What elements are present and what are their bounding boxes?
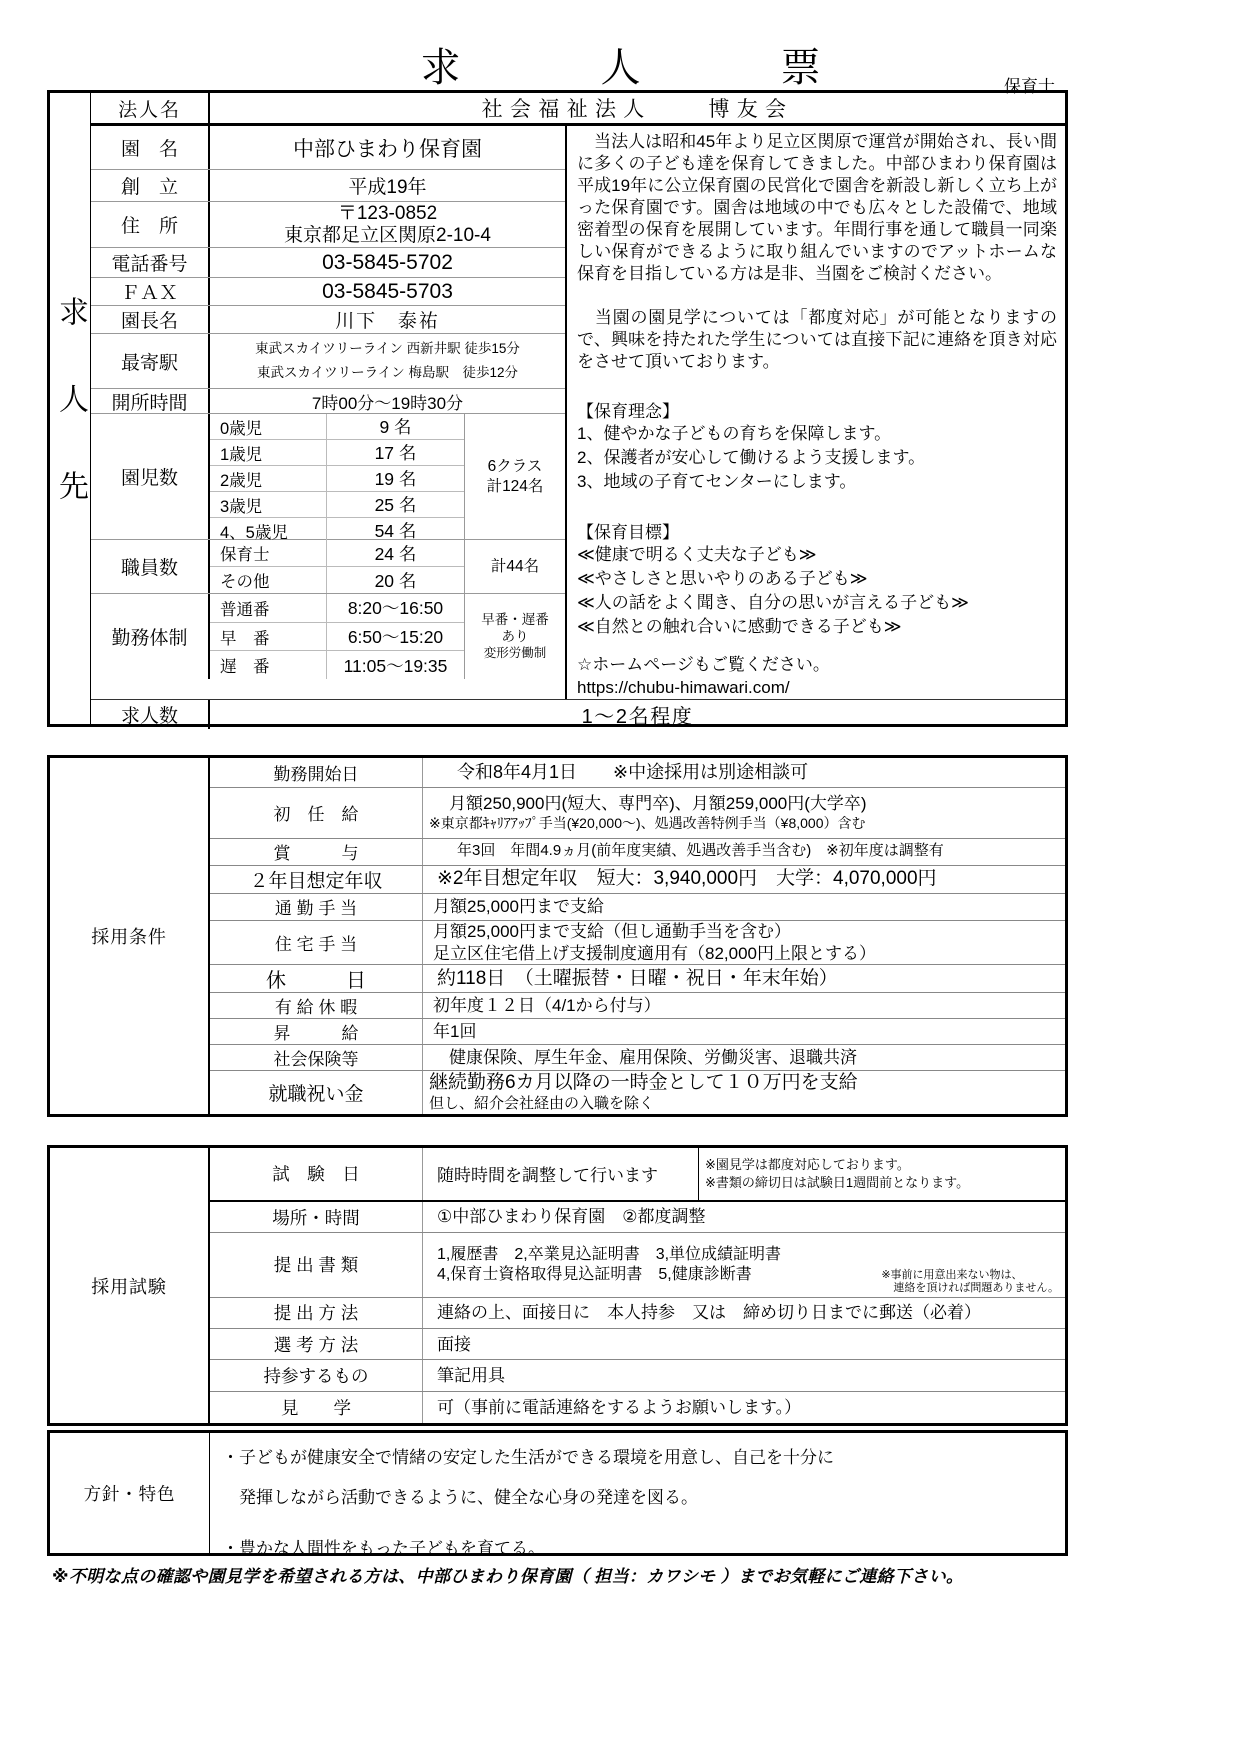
policy-line: ・子どもが健康安全で情緒の安定した生活ができる環境を用意し、自己を十分に bbox=[222, 1443, 1055, 1468]
conditions-table: 採用条件 勤務開始日 令和8年4月1日 ※中途採用は別途相談可 初 任 給 月額… bbox=[47, 755, 1068, 1117]
documents-note: ※事前に用意出来ない物は、 連絡を頂ければ問題ありません。 bbox=[881, 1269, 1059, 1295]
table-row: 通 勤 手 当 月額25,000円まで支給 bbox=[210, 894, 1065, 921]
philosophy-item: 2、保護者が安心して働けるよう支援します。 bbox=[577, 446, 1057, 470]
homepage-note: ☆ホームページもご覧ください。 bbox=[577, 653, 1057, 676]
goal-item: ≪やさしさと思いやりのある子ども≫ bbox=[577, 567, 1057, 591]
table-row: 勤務開始日 令和8年4月1日 ※中途採用は別途相談可 bbox=[210, 758, 1065, 788]
profile-paragraph-1: 当法人は昭和45年より足立区関原で運営が開始され、長い間に多くの子ども達を保育し… bbox=[577, 131, 1057, 285]
corporation-row: 法人名 社会福祉法人 博友会 bbox=[91, 93, 1065, 126]
table-row: その他 20 名 bbox=[210, 567, 464, 593]
table-row: 選 考 方 法 面接 bbox=[210, 1329, 1065, 1360]
table-row: 0歳児 9 名 bbox=[210, 414, 464, 440]
address: 〒123-0852 東京都足立区関原2-10-4 bbox=[210, 202, 565, 247]
corporation-label: 法人名 bbox=[91, 93, 210, 123]
station-line-2: 東武スカイツリーライン 梅島駅 徒歩12分 bbox=[257, 361, 518, 385]
table-row: 3歳児 25 名 bbox=[210, 492, 464, 518]
table-row: 賞 与 年3回 年間4.9ヵ月(前年度実績、処遇改善手当含む) ※初年度は調整有 bbox=[210, 839, 1065, 866]
table-row: 遅 番 11:05〜19:35 bbox=[210, 651, 464, 679]
openings-count: 1〜2名程度 bbox=[210, 700, 1065, 729]
table-row: 持参するもの 筆記用具 bbox=[210, 1360, 1065, 1391]
philosophy-title: 【保育理念】 bbox=[577, 397, 1057, 422]
open-hours: 7時00分〜19時30分 bbox=[210, 389, 565, 413]
table-row: 見 学 可（事前に電話連絡をするようお願いします。） bbox=[210, 1392, 1065, 1423]
table-row: ２年目想定年収 ※2年目想定年収 短大：3,940,000円 大学：4,070,… bbox=[210, 866, 1065, 894]
children-count-block: 園児数 0歳児 9 名 1歳児 17 名 2歳児 19 名 bbox=[91, 414, 565, 540]
policy-line: ・豊かな人間性をもった子どもを育てる。 bbox=[222, 1534, 1055, 1559]
table-row: 初 任 給 月額250,900円(短大、専門卒)、月額259,000円(大学卒)… bbox=[210, 788, 1065, 838]
fax-row: ＦＡＸ 03-5845-5703 bbox=[91, 278, 565, 306]
address-row: 住 所 〒123-0852 東京都足立区関原2-10-4 bbox=[91, 202, 565, 248]
table-row: 1歳児 17 名 bbox=[210, 440, 464, 466]
employer-table: 求人先 法人名 社会福祉法人 博友会 園 名 中部ひまわり保育園 創 立 平成1… bbox=[47, 90, 1068, 727]
station-line-1: 東武スカイツリーライン 西新井駅 徒歩15分 bbox=[255, 337, 520, 361]
founded-row: 創 立 平成19年 bbox=[91, 170, 565, 202]
postal-code: 〒123-0852 bbox=[338, 203, 437, 225]
footer-note: ※不明な点の確認や園見学を希望される方は、中部ひまわり保育園（ 担当：カワシモ … bbox=[52, 1562, 1062, 1587]
exam-date-value: 随時時間を調整して行います bbox=[423, 1148, 698, 1200]
table-row: 提 出 方 法 連絡の上、面接日に 本人持参 又は 締め切り日までに郵送（必着） bbox=[210, 1298, 1065, 1329]
table-row: 社会保険等 健康保険、厚生年金、雇用保険、労働災害、退職共済 bbox=[210, 1045, 1065, 1071]
garden-profile: 当法人は昭和45年より足立区関原で運営が開始され、長い間に多くの子ども達を保育し… bbox=[565, 126, 1065, 699]
stations: 東武スカイツリーライン 西新井駅 徒歩15分 東武スカイツリーライン 梅島駅 徒… bbox=[210, 334, 565, 388]
philosophy-item: 3、地域の子育てセンターにします。 bbox=[577, 470, 1057, 494]
employer-section-label: 求人先 bbox=[50, 93, 91, 724]
table-row: 住 宅 手 当 月額25,000円まで支給（但し通勤手当を含む） 足立区住宅借上… bbox=[210, 921, 1065, 966]
phone-number: 03-5845-5702 bbox=[210, 248, 565, 277]
table-row: 普通番 8:20〜16:50 bbox=[210, 594, 464, 623]
street-address: 東京都足立区関原2-10-4 bbox=[284, 225, 491, 247]
corporation-name: 社会福祉法人 博友会 bbox=[210, 93, 1065, 123]
table-row: 2歳児 19 名 bbox=[210, 466, 464, 492]
garden-name: 中部ひまわり保育園 bbox=[210, 126, 565, 169]
homepage-url: https://chubu-himawari.com/ bbox=[577, 676, 1057, 699]
openings-row: 求人数 1〜2名程度 bbox=[91, 700, 1065, 729]
director-row: 園長名 川下 泰祐 bbox=[91, 306, 565, 334]
table-row: 保育士 24 名 bbox=[210, 540, 464, 567]
goal-item: ≪人の話をよく聞き、自分の思いが言える子ども≫ bbox=[577, 591, 1057, 615]
table-row: 早 番 6:50〜15:20 bbox=[210, 623, 464, 652]
table-row: 場所・時間 ①中部ひまわり保育園 ②都度調整 bbox=[210, 1202, 1065, 1233]
founded-year: 平成19年 bbox=[210, 170, 565, 201]
station-row: 最寄駅 東武スカイツリーライン 西新井駅 徒歩15分 東武スカイツリーライン 梅… bbox=[91, 334, 565, 389]
shift-note: 早番・遅番 あり 変形労働制 bbox=[464, 594, 565, 679]
fax-number: 03-5845-5703 bbox=[210, 278, 565, 305]
table-row: 有 給 休 暇 初年度１２日（4/1から付与） bbox=[210, 993, 1065, 1019]
shift-block: 勤務体制 普通番 8:20〜16:50 早 番 6:50〜15:20 遅 番 1 bbox=[91, 594, 565, 679]
staff-total: 計44名 bbox=[464, 540, 565, 593]
policy-section-label: 方針・特色 bbox=[50, 1433, 210, 1553]
exam-table: 採用試験 試 験 日 随時時間を調整して行います ※園見学は都度対応しております… bbox=[47, 1145, 1068, 1426]
profile-paragraph-2: 当園の園見学については「都度対応」が可能となりますので、興味を持たれた学生につい… bbox=[577, 307, 1057, 373]
exam-section-label: 採用試験 bbox=[50, 1148, 210, 1423]
director-name: 川下 泰祐 bbox=[210, 306, 565, 333]
table-row: 提 出 書 類 1,履歴書 2,卒業見込証明書 3,単位成績証明書 4,保育士資… bbox=[210, 1233, 1065, 1298]
children-total: 6クラス 計124名 bbox=[464, 414, 565, 539]
conditions-section-label: 採用条件 bbox=[50, 758, 210, 1114]
goals-title: 【保育目標】 bbox=[577, 518, 1057, 543]
phone-row: 電話番号 03-5845-5702 bbox=[91, 248, 565, 278]
garden-name-row: 園 名 中部ひまわり保育園 bbox=[91, 126, 565, 170]
table-row: 就職祝い金 継続勤務6カ月以降の一時金として１０万円を支給 但し、紹介会社経由の… bbox=[210, 1071, 1065, 1114]
policy-content: ・子どもが健康安全で情緒の安定した生活ができる環境を用意し、自己を十分に 発揮し… bbox=[210, 1433, 1065, 1553]
table-row: 試 験 日 随時時間を調整して行います ※園見学は都度対応しております。 ※書類… bbox=[210, 1148, 1065, 1202]
exam-date-notes: ※園見学は都度対応しております。 ※書類の締切日は試験日1週間前となります。 bbox=[698, 1148, 1065, 1200]
policy-table: 方針・特色 ・子どもが健康安全で情緒の安定した生活ができる環境を用意し、自己を十… bbox=[47, 1430, 1068, 1556]
goal-item: ≪健康で明るく丈夫な子ども≫ bbox=[577, 543, 1057, 567]
policy-line: 発揮しながら活動できるように、健全な心身の発達を図る。 bbox=[222, 1483, 1055, 1508]
hours-row: 開所時間 7時00分〜19時30分 bbox=[91, 389, 565, 414]
goal-item: ≪自然との触れ合いに感動できる子ども≫ bbox=[577, 615, 1057, 639]
table-row: 昇 給 年1回 bbox=[210, 1019, 1065, 1045]
staff-count-block: 職員数 保育士 24 名 その他 20 名 計44名 bbox=[91, 540, 565, 594]
table-row: 休 日 約118日 （土曜振替・日曜・祝日・年末年始） bbox=[210, 965, 1065, 993]
philosophy-item: 1、健やかな子どもの育ちを保障します。 bbox=[577, 422, 1057, 446]
